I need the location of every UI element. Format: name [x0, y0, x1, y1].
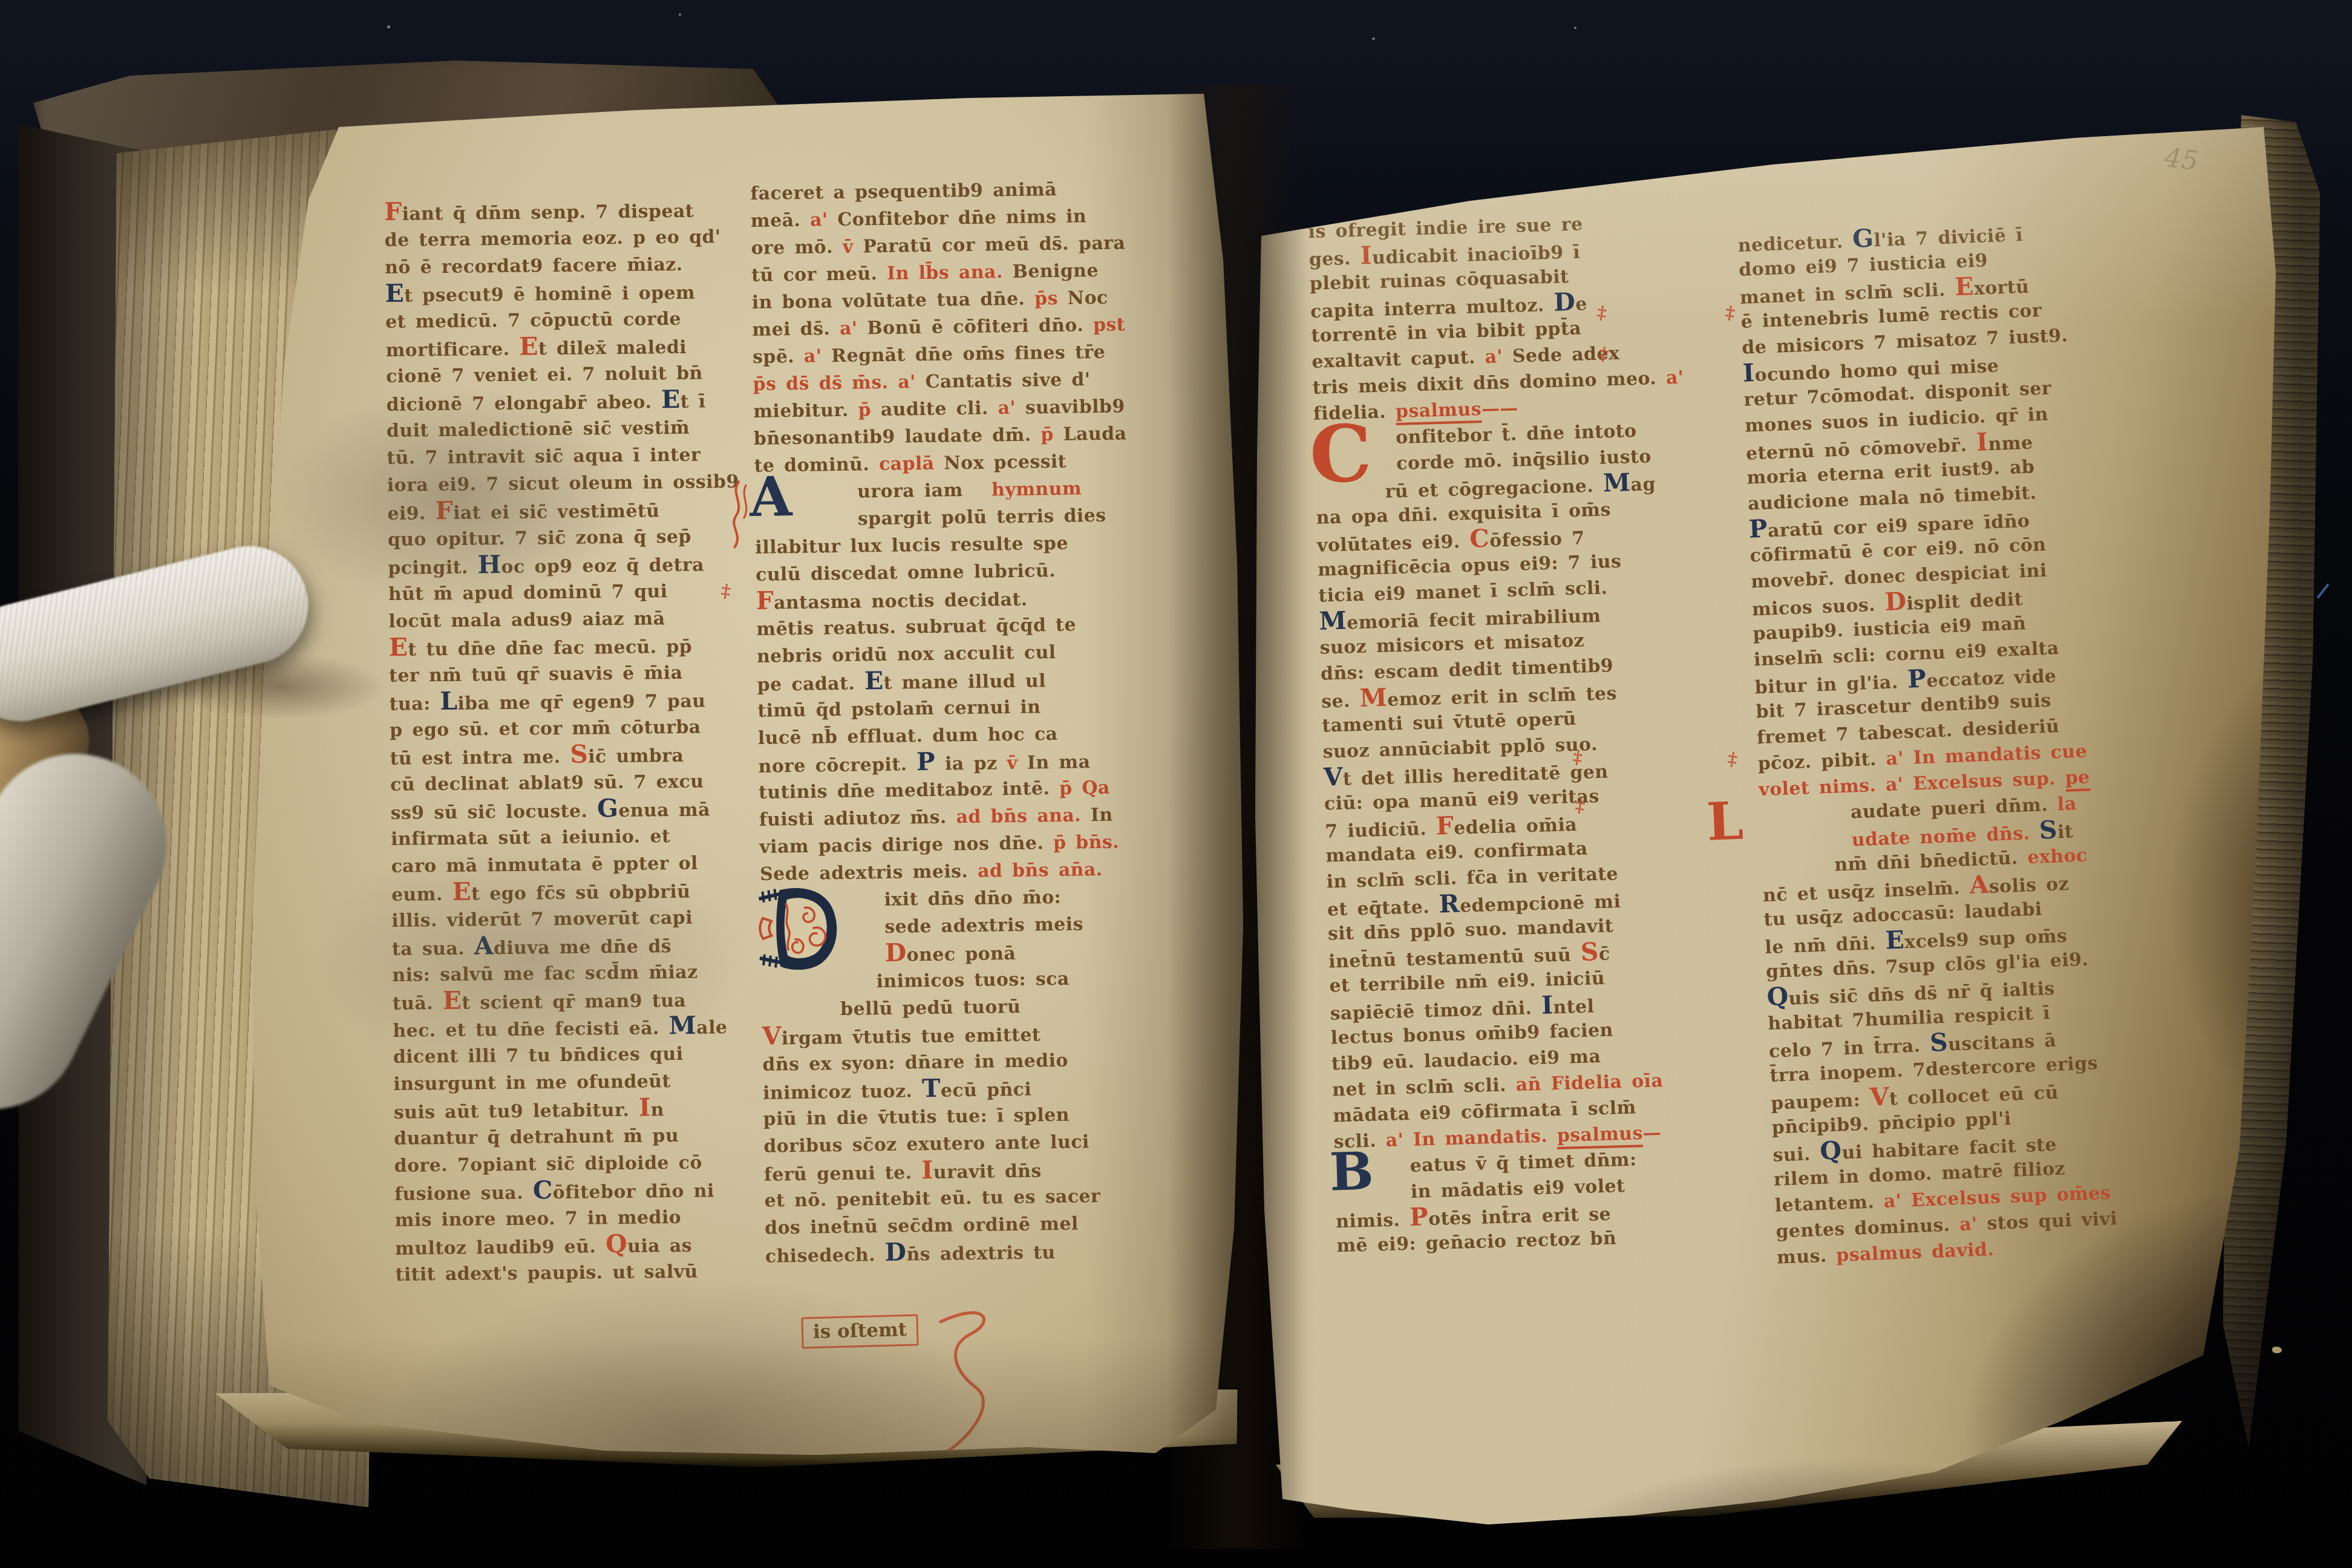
catchword-box: is oſtemt — [801, 1314, 918, 1348]
manuscript-line: tua: Liba me qr̄ egen9 7 pau — [389, 685, 764, 716]
decorated-initial-b: B — [1329, 1150, 1374, 1194]
manuscript-line: tū. 7 intravit sic̄ aqua ī inter — [387, 440, 762, 471]
parchment-fragment — [2272, 1347, 2282, 1353]
manuscript-line: hūt m̄ apud dominū 7 qui — [388, 577, 763, 607]
manuscript-line: de terra memoria eoz. p eo qd' — [384, 223, 759, 254]
text-column-right-1: is ofregit indie ire sue reges. Iudicabi… — [1308, 208, 1736, 1266]
manuscript-line: iora ei9. 7 sicut oleum in ossib9 — [387, 468, 762, 498]
manuscript-line: et medicū. 7 cōpuctū corde — [385, 304, 760, 335]
manuscript-line: suis aūt tu9 letabitur. In — [394, 1094, 769, 1125]
ornate-initial-d — [755, 882, 847, 976]
manuscript-line: quo opitur. 7 sic̄ zona q̄ sep̄ — [388, 522, 763, 553]
dust-speck — [387, 25, 390, 28]
decorated-initial-l: L — [1706, 800, 1745, 844]
manuscript-line: dicent illi 7 tu bn̄dices qui — [393, 1039, 768, 1070]
left-page[interactable]: Fiant q̄ dn̄m senp. 7 dispeatde terra me… — [212, 79, 1276, 1476]
dust-speck — [1574, 27, 1576, 29]
manuscript-line: dicionē 7 elongabr̄ abeo. Et ī — [386, 386, 761, 417]
manuscript-line: eum. Et ego fc̄s sū obpbriū — [391, 876, 766, 907]
manuscript-line: ss9 sū sic̄ locuste. Genua mā — [390, 794, 765, 825]
manuscript-line: nis: salvū me fac scd̄m m̄iaz — [392, 958, 767, 988]
manuscript-line: duantur q̄ detrahunt m̄ pu — [394, 1121, 769, 1152]
paragraph-mark-icon: ‡ — [1724, 302, 1736, 324]
manuscript-line: locūt mala adus9 aiaz mā — [388, 604, 763, 635]
manuscript-line: dore. 7opiant sic̄ diploide cō — [394, 1148, 769, 1179]
dust-speck — [679, 13, 681, 16]
folio-number: 45 — [2163, 142, 2200, 177]
manuscript-line: chisedech. Dn̄s adextris tu — [765, 1236, 1183, 1269]
manuscript-line: Et psecut9 ē hominē i opem — [385, 278, 760, 309]
decorated-initial-c: C — [1308, 422, 1373, 488]
manuscript-line: tū est intra me. Sic̄ umbra — [390, 740, 765, 771]
text-column-right-2: nedicetur. Gl'ia 7 diviciē īdomo ei9 7 i… — [1737, 215, 2195, 1277]
manuscript-line: insurgunt in me ofundeūt — [393, 1067, 768, 1097]
right-page[interactable]: is ofregit indie ire sue reges. Iudicabi… — [1228, 91, 2335, 1555]
manuscript-line: duit maledictionē sic̄ vestim̄ — [387, 413, 762, 444]
manuscript-line: hec. et tu dn̄e fecisti eā. Male — [393, 1012, 768, 1043]
text-column-left-1: Fiant q̄ dn̄m senp. 7 dispeatde terra me… — [384, 196, 771, 1295]
manuscript-line: titit adext's paupis. ut salvū — [395, 1257, 770, 1288]
catchword-text: is oſtemt — [813, 1319, 907, 1343]
manuscript-line: ter nm̄ tuū qr̄ suavis ē m̄ia — [389, 658, 764, 689]
manuscript-line: caro mā inmutata ē ppter ol — [391, 849, 766, 880]
decorated-initial-a: A — [750, 475, 792, 520]
manuscript-line: viam pacis dirige nos dn̄e. p̄ bn̄s. — [759, 828, 1177, 861]
manuscript-line: mei ds̄. a' Bonū ē cōfiteri dn̄o. pst — [752, 310, 1170, 344]
text-column-left-2: faceret a psequentib9 animāmeā. a' Confi… — [750, 174, 1183, 1275]
manuscript-line: Et tu dn̄e dn̄e fac mecū. pp̄ — [389, 631, 764, 662]
manuscript-line: pcingit. Hoc op9 eoz q̄ detra — [388, 549, 763, 580]
manuscript-line: mis inore meo. 7 in medio — [394, 1203, 769, 1233]
manuscript-line: ei9. Fiat ei sic̄ vestimētū — [387, 495, 762, 526]
manuscript-line: fusione sua. Cōfitebor dn̄o ni — [394, 1175, 769, 1206]
manuscript-line: tuā. Et scient qr̄ man9 tua — [393, 985, 768, 1016]
manuscript-line: ore mō. v̄ Paratū cor meū ds̄. para — [751, 229, 1169, 262]
manuscript-line: illis. viderūt 7 moverūt capi — [391, 903, 766, 934]
manuscript-photo: { "photo": { "description": "Open mediev… — [0, 0, 2352, 1568]
manuscript-line: infirmata sūt a ieiunio. et — [391, 822, 766, 852]
paragraph-mark-icon: ‡ — [1726, 748, 1739, 771]
manuscript-line: bn̄esonantib9 laudate dm̄. p̄ Lauda — [754, 419, 1172, 452]
manuscript-line: Fiant q̄ dn̄m senp. 7 dispeat — [384, 196, 759, 227]
manuscript-line: nō ē recordat9 facere m̄iaz. — [385, 250, 760, 281]
manuscript-line: cionē 7 veniet ei. 7 noluit bn̄ — [386, 359, 761, 390]
dust-speck — [1372, 38, 1375, 40]
manuscript-line: cū declinat ablat9 sū. 7 excu — [390, 767, 765, 798]
manuscript-line: mortificare. Et dilex̄ maledi — [385, 332, 760, 362]
manuscript-line: multoz laudib9 eū. Quia as — [395, 1230, 770, 1261]
manuscript-line: ta sua. Adiuva me dn̄e ds̄ — [392, 930, 767, 961]
